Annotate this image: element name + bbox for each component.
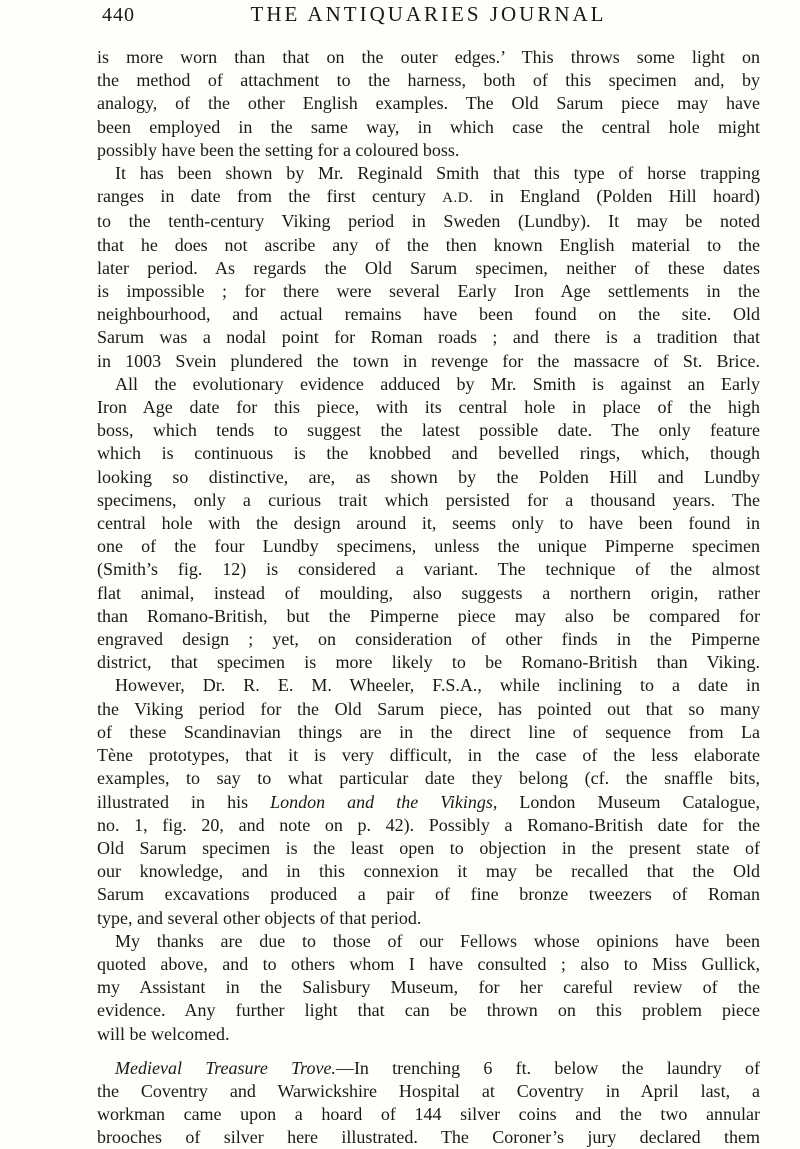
text-line: Sarum was a nodal point for Roman roads …: [97, 326, 760, 349]
text-line: will be welcomed.: [97, 1023, 760, 1046]
text-line: of these Scandinavian things are in the …: [97, 721, 760, 744]
paragraph-1: is more worn than that on the outer edge…: [97, 46, 760, 162]
journal-title: THE ANTIQUARIES JOURNAL: [97, 2, 760, 27]
paragraph-5: My thanks are due to those of our Fellow…: [97, 930, 760, 1046]
text-line: It has been shown by Mr. Reginald Smith …: [97, 162, 760, 185]
text-line: My thanks are due to those of our Fellow…: [97, 930, 760, 953]
text-line: later period. As regards the Old Sarum s…: [97, 257, 760, 280]
line-segment: , London Museum Catalogue,: [493, 792, 760, 812]
line-segment: ranges in date from the first century: [97, 186, 442, 206]
paragraph-6: Medieval Treasure Trove.—In trenching 6 …: [97, 1057, 760, 1149]
page-header: 440 THE ANTIQUARIES JOURNAL: [97, 2, 760, 32]
text-line: is impossible ; for there were several E…: [97, 280, 760, 303]
text-line: engraved design ; yet, on consideration …: [97, 628, 760, 651]
text-line: ranges in date from the first century A.…: [97, 185, 760, 210]
text-line: specimens, only a curious trait which pe…: [97, 489, 760, 512]
paragraph-3: All the evolutionary evidence adduced by…: [97, 373, 760, 675]
text-line: Medieval Treasure Trove.—In trenching 6 …: [97, 1057, 760, 1080]
section-title-italic: Medieval Treasure Trove.: [115, 1058, 336, 1078]
text-line: All the evolutionary evidence adduced by…: [97, 373, 760, 396]
text-line: Old Sarum specimen is the least open to …: [97, 837, 760, 860]
text-line: type, and several other objects of that …: [97, 907, 760, 930]
book-title-italic: London and the Vikings: [270, 792, 493, 812]
text-line: looking so distinctive, are, as shown by…: [97, 466, 760, 489]
page-number: 440: [102, 4, 135, 27]
text-line: the Viking period for the Old Sarum piec…: [97, 698, 760, 721]
text-line: brooches of silver here illustrated. The…: [97, 1126, 760, 1149]
text-line: analogy, of the other English examples. …: [97, 92, 760, 115]
text-line: than Romano-British, but the Pimperne pi…: [97, 605, 760, 628]
text-line: evidence. Any further light that can be …: [97, 999, 760, 1022]
text-line: flat animal, instead of moulding, also s…: [97, 582, 760, 605]
text-line: quoted above, and to others whom I have …: [97, 953, 760, 976]
paragraph-2: It has been shown by Mr. Reginald Smith …: [97, 162, 760, 373]
text-line: neighbourhood, and actual remains have b…: [97, 303, 760, 326]
journal-page: 440 THE ANTIQUARIES JOURNAL is more worn…: [0, 0, 800, 1149]
text-line: workman came upon a hoard of 144 silver …: [97, 1103, 760, 1126]
text-line: is more worn than that on the outer edge…: [97, 46, 760, 69]
text-line: examples, to say to what particular date…: [97, 767, 760, 790]
text-line: possibly have been the setting for a col…: [97, 139, 760, 162]
text-line: that he does not ascribe any of the then…: [97, 234, 760, 257]
paragraph-4: However, Dr. R. E. M. Wheeler, F.S.A., w…: [97, 674, 760, 929]
text-line: boss, which tends to suggest the latest …: [97, 419, 760, 442]
text-line: my Assistant in the Salisbury Museum, fo…: [97, 976, 760, 999]
text-line: district, that specimen is more likely t…: [97, 651, 760, 674]
text-line: Tène prototypes, that it is very difficu…: [97, 744, 760, 767]
text-line: which is continuous is the knobbed and b…: [97, 442, 760, 465]
text-line: the Coventry and Warwickshire Hospital a…: [97, 1080, 760, 1103]
text-line: our knowledge, and in this connexion it …: [97, 860, 760, 883]
text-line: Iron Age date for this piece, with its c…: [97, 396, 760, 419]
text-line: no. 1, fig. 20, and note on p. 42). Poss…: [97, 814, 760, 837]
text-line: one of the four Lundby specimens, unless…: [97, 535, 760, 558]
line-segment: illustrated in his: [97, 792, 270, 812]
text-line: the method of attachment to the harness,…: [97, 69, 760, 92]
text-line: in 1003 Svein plundered the town in reve…: [97, 350, 760, 373]
text-line: (Smith’s fig. 12) is considered a varian…: [97, 558, 760, 581]
article-body: is more worn than that on the outer edge…: [97, 46, 760, 1149]
line-segment: in England (Polden Hill hoard): [473, 186, 760, 206]
text-line: Sarum excavations produced a pair of fin…: [97, 883, 760, 906]
text-line: illustrated in his London and the Viking…: [97, 791, 760, 814]
text-line: central hole with the design around it, …: [97, 512, 760, 535]
text-line: However, Dr. R. E. M. Wheeler, F.S.A., w…: [97, 674, 760, 697]
line-segment: —In trenching 6 ft. below the laundry of: [336, 1058, 760, 1078]
text-line: been employed in the same way, in which …: [97, 116, 760, 139]
smallcaps-abbreviation: A.D.: [442, 190, 473, 206]
text-line: to the tenth-century Viking period in Sw…: [97, 210, 760, 233]
